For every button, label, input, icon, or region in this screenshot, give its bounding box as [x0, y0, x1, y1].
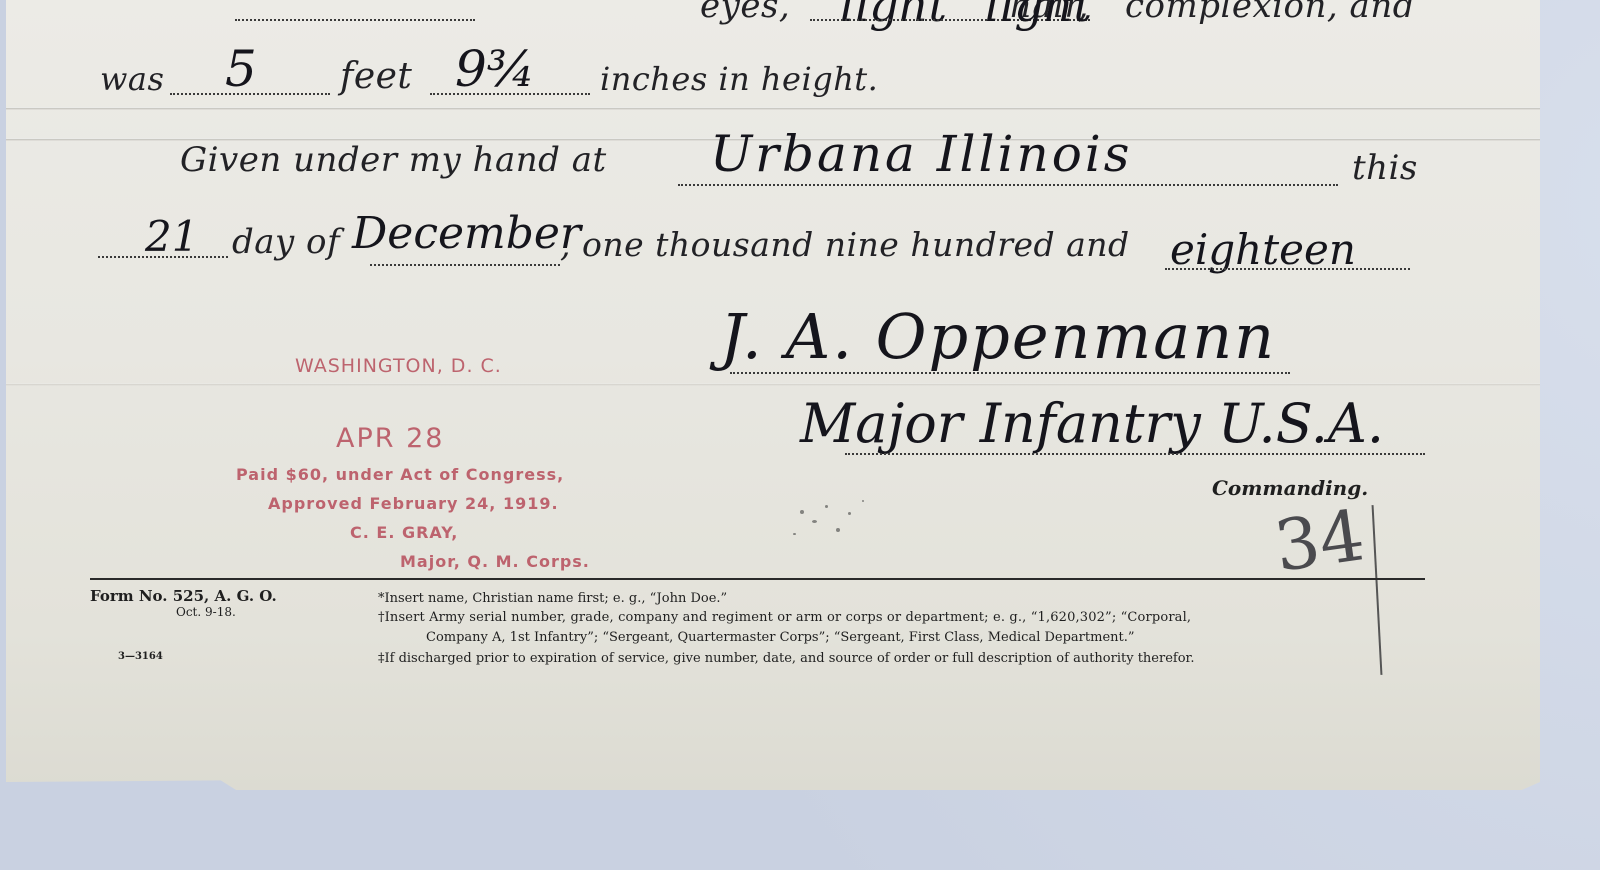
- height-prefix: was: [100, 60, 164, 98]
- stamp-approved-line: Approved February 24, 1919.: [268, 494, 559, 513]
- ink-speck: [836, 528, 840, 532]
- complexion-value: light: [985, 0, 1092, 32]
- hair-value: light: [840, 0, 947, 32]
- feet-value: 5: [225, 40, 257, 98]
- place-value: Urbana Illinois: [710, 125, 1132, 183]
- ink-speck: [825, 505, 828, 508]
- footnote-serial-cont: Company A, 1st Infantry”; “Sergeant, Qua…: [426, 630, 1135, 645]
- feet-label: feet: [340, 56, 412, 97]
- month-value: December: [352, 208, 581, 259]
- month-field: [370, 264, 560, 266]
- title-field: [845, 453, 1425, 455]
- footnote-discharge: ‡If discharged prior to expiration of se…: [378, 651, 1194, 666]
- form-date: Oct. 9-18.: [176, 605, 236, 619]
- feet-field: [170, 93, 330, 95]
- complexion-label: complexion, and: [1125, 0, 1415, 26]
- inches-label: inches in height.: [600, 60, 878, 98]
- signature-field: [730, 372, 1290, 374]
- print-code: 3—3164: [118, 651, 163, 662]
- year-text: , one thousand nine hundred and: [560, 225, 1130, 264]
- inches-field: [430, 93, 590, 95]
- day-field: [98, 256, 228, 258]
- ink-speck: [793, 533, 796, 535]
- given-prefix: Given under my hand at: [180, 140, 607, 180]
- given-suffix: this: [1352, 148, 1418, 188]
- stamp-date: APR 28: [336, 423, 444, 454]
- day-value: 21: [145, 212, 198, 261]
- pencil-number: 34: [1270, 494, 1370, 588]
- eyes-value-field: [235, 19, 475, 21]
- stamp-paid-line: Paid $60, under Act of Congress,: [236, 465, 564, 484]
- inches-value: 9¾: [455, 40, 535, 98]
- stamp-officer-rank: Major, Q. M. Corps.: [400, 552, 590, 571]
- footer-divider: [90, 578, 1425, 580]
- day-label: day of: [232, 222, 340, 262]
- ink-speck: [848, 512, 851, 515]
- paper-fold-crease: [6, 107, 1540, 110]
- eyes-label: eyes,: [700, 0, 790, 26]
- place-field: [678, 184, 1338, 186]
- form-number: Form No. 525, A. G. O.: [90, 587, 277, 605]
- footnote-name: *Insert name, Christian name first; e. g…: [378, 591, 727, 606]
- ink-speck: [800, 510, 804, 514]
- stamp-officer-name: C. E. GRAY,: [350, 523, 458, 542]
- stamp-location: WASHINGTON, D. C.: [295, 355, 502, 377]
- ink-speck: [862, 500, 864, 502]
- year-field: [1165, 268, 1410, 270]
- signature-name[interactable]: J. A. Oppenmann: [720, 300, 1276, 373]
- ink-speck: [812, 520, 817, 523]
- footnote-serial: †Insert Army serial number, grade, compa…: [378, 610, 1191, 625]
- paper-fold-crease: [6, 383, 1540, 386]
- signature-title: Major Infantry U.S.A.: [800, 392, 1384, 455]
- year-value: eighteen: [1170, 225, 1356, 274]
